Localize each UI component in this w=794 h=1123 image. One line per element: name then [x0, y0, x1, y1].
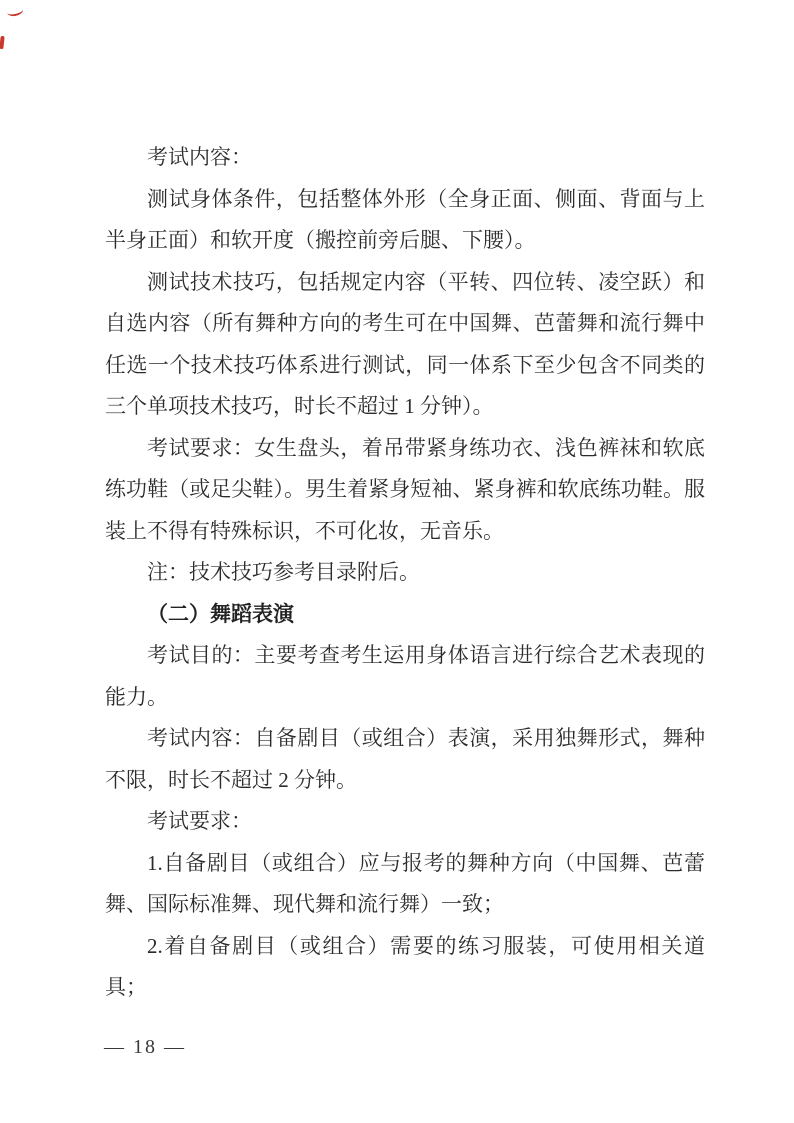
section-heading-dance-performance: （二）舞蹈表演: [105, 594, 705, 636]
body-text: 考试内容： 测试身体条件，包括整体外形（全身正面、侧面、背面与上半身正面）和软开…: [105, 137, 705, 1009]
page-number: — 18 —: [104, 1035, 186, 1059]
paragraph-requirement-2: 2.着自备剧目（或组合）需要的练习服装，可使用相关道具；: [105, 926, 705, 1009]
document-page: 考试内容： 测试身体条件，包括整体外形（全身正面、侧面、背面与上半身正面）和软开…: [0, 0, 794, 1123]
paragraph-requirements-label: 考试要求：: [105, 801, 705, 843]
paragraph-exam-content: 考试内容：自备剧目（或组合）表演，采用独舞形式，舞种不限，时长不超过 2 分钟。: [105, 718, 705, 801]
paragraph-note: 注：技术技巧参考目录附后。: [105, 552, 705, 594]
red-scan-mark-top: [6, 4, 24, 17]
paragraph-exam-requirements: 考试要求：女生盘头，着吊带紧身练功衣、浅色裤袜和软底练功鞋（或足尖鞋）。男生着紧…: [105, 428, 705, 553]
red-scan-mark-edge: [0, 36, 4, 49]
paragraph-exam-content-label: 考试内容：: [105, 137, 705, 179]
paragraph-exam-purpose: 考试目的：主要考查考生运用身体语言进行综合艺术表现的能力。: [105, 635, 705, 718]
paragraph-body-test: 测试身体条件，包括整体外形（全身正面、侧面、背面与上半身正面）和软开度（搬控前旁…: [105, 179, 705, 262]
paragraph-technique-test: 测试技术技巧，包括规定内容（平转、四位转、凌空跃）和自选内容（所有舞种方向的考生…: [105, 262, 705, 428]
paragraph-requirement-1: 1.自备剧目（或组合）应与报考的舞种方向（中国舞、芭蕾舞、国际标准舞、现代舞和流…: [105, 843, 705, 926]
